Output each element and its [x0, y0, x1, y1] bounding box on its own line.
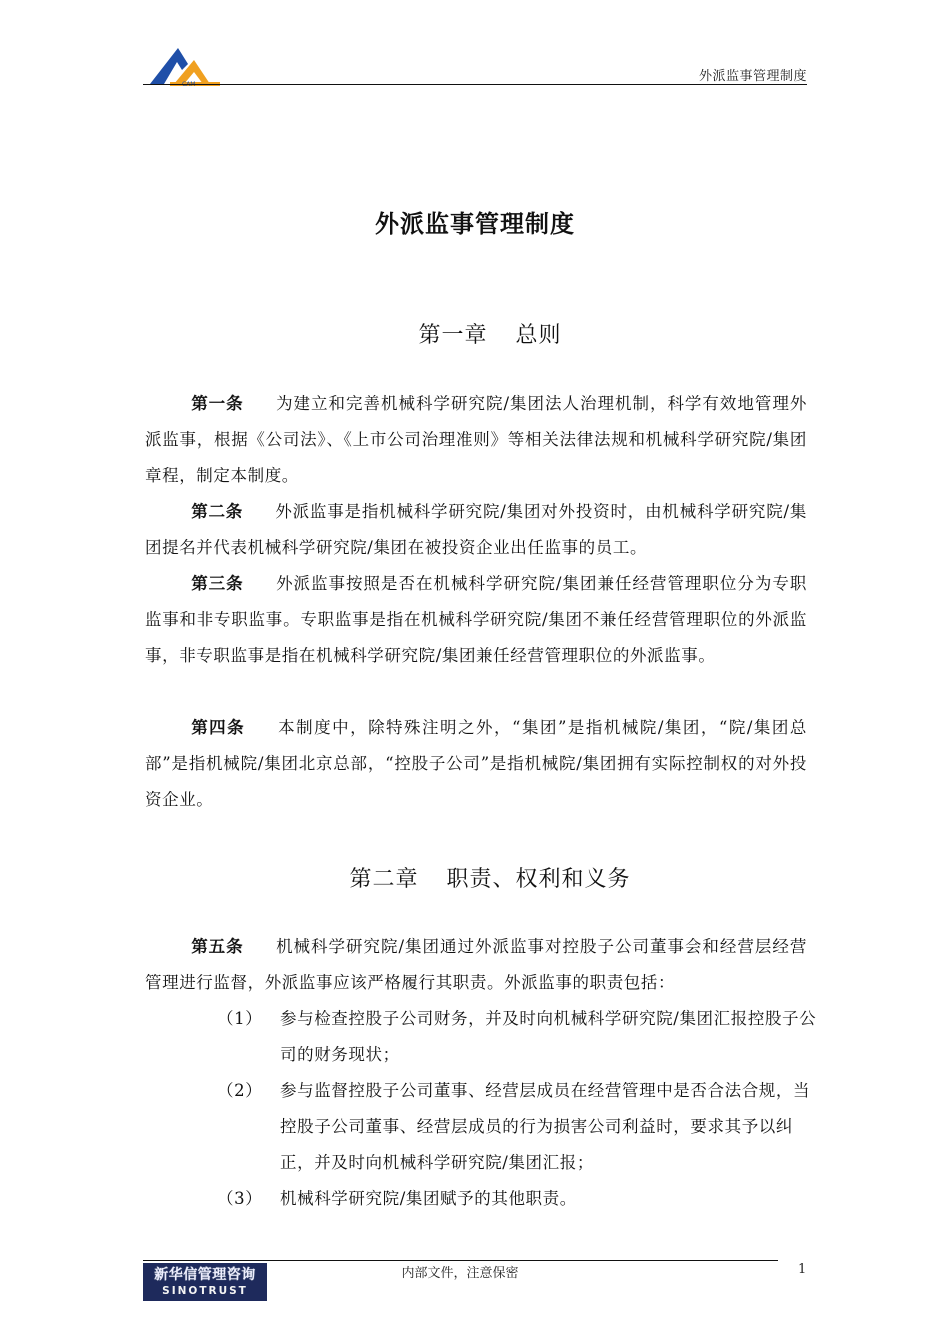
- chapter-heading-1: 第一章总则: [0, 318, 950, 349]
- article-label: 第三条: [191, 574, 243, 593]
- list-item-1: （1） 参与检查控股子公司财务，并及时向机械科学研究院/集团汇报控股子公司的财务…: [145, 1001, 817, 1073]
- list-item-number: （3）: [217, 1181, 262, 1217]
- article-1: 第一条为建立和完善机械科学研究院/集团法人治理机制，科学有效地管理外派监事，根据…: [145, 386, 807, 494]
- chapter-heading-2: 第二章职责、权利和义务: [0, 862, 950, 893]
- article-label: 第二条: [191, 502, 243, 521]
- article-label: 第四条: [191, 718, 245, 737]
- article-2: 第二条外派监事是指机械科学研究院/集团对外投资时，由机械科学研究院/集团提名并代…: [145, 494, 807, 566]
- chapter-number: 第一章: [418, 323, 487, 348]
- article-text: 机械科学研究院/集团通过外派监事对控股子公司董事会和经营层经营管理进行监督，外派…: [145, 937, 807, 992]
- list-item-text: 参与监督控股子公司董事、经营层成员在经营管理中是否合法合规，当控股子公司董事、经…: [280, 1073, 817, 1181]
- document-page: CAM 外派监事管理制度 外派监事管理制度 第一章总则 第一条为建立和完善机械科…: [0, 0, 950, 1344]
- article-5: 第五条机械科学研究院/集团通过外派监事对控股子公司董事会和经营层经营管理进行监督…: [145, 929, 807, 1001]
- list-item-number: （2）: [217, 1073, 262, 1109]
- mountain-logo-icon: CAM: [148, 44, 220, 86]
- chapter-title: 职责、权利和义务: [447, 867, 631, 892]
- header-divider: [143, 84, 807, 85]
- page-number: 1: [798, 1262, 806, 1277]
- footer-divider: [143, 1260, 778, 1261]
- list-item-text: 机械科学研究院/集团赋予的其他职责。: [280, 1181, 817, 1217]
- article-label: 第一条: [191, 394, 243, 413]
- footer-logo-en: SINOTRUST: [143, 1284, 267, 1298]
- header-title: 外派监事管理制度: [699, 65, 807, 84]
- chapter-title: 总则: [516, 323, 562, 348]
- chapter-number: 第二章: [349, 867, 418, 892]
- article-text: 外派监事按照是否在机械科学研究院/集团兼任经营管理职位分为专职监事和非专职监事。…: [145, 574, 807, 665]
- article-label: 第五条: [191, 937, 243, 956]
- list-item-3: （3） 机械科学研究院/集团赋予的其他职责。: [145, 1181, 817, 1217]
- article-text: 为建立和完善机械科学研究院/集团法人治理机制，科学有效地管理外派监事，根据《公司…: [145, 394, 807, 485]
- article-3: 第三条外派监事按照是否在机械科学研究院/集团兼任经营管理职位分为专职监事和非专职…: [145, 566, 807, 674]
- list-item-text: 参与检查控股子公司财务，并及时向机械科学研究院/集团汇报控股子公司的财务现状；: [280, 1001, 817, 1073]
- list-item-number: （1）: [217, 1001, 262, 1037]
- list-item-2: （2） 参与监督控股子公司董事、经营层成员在经营管理中是否合法合规，当控股子公司…: [145, 1073, 817, 1181]
- document-title: 外派监事管理制度: [0, 204, 950, 239]
- page-header: CAM 外派监事管理制度: [143, 38, 807, 86]
- article-4: 第四条本制度中，除特殊注明之外，“集团”是指机械院/集团，“院/集团总部”是指机…: [145, 710, 807, 818]
- confidential-notice: 内部文件，注意保密: [0, 1262, 920, 1281]
- article-text: 外派监事是指机械科学研究院/集团对外投资时，由机械科学研究院/集团提名并代表机械…: [145, 502, 807, 557]
